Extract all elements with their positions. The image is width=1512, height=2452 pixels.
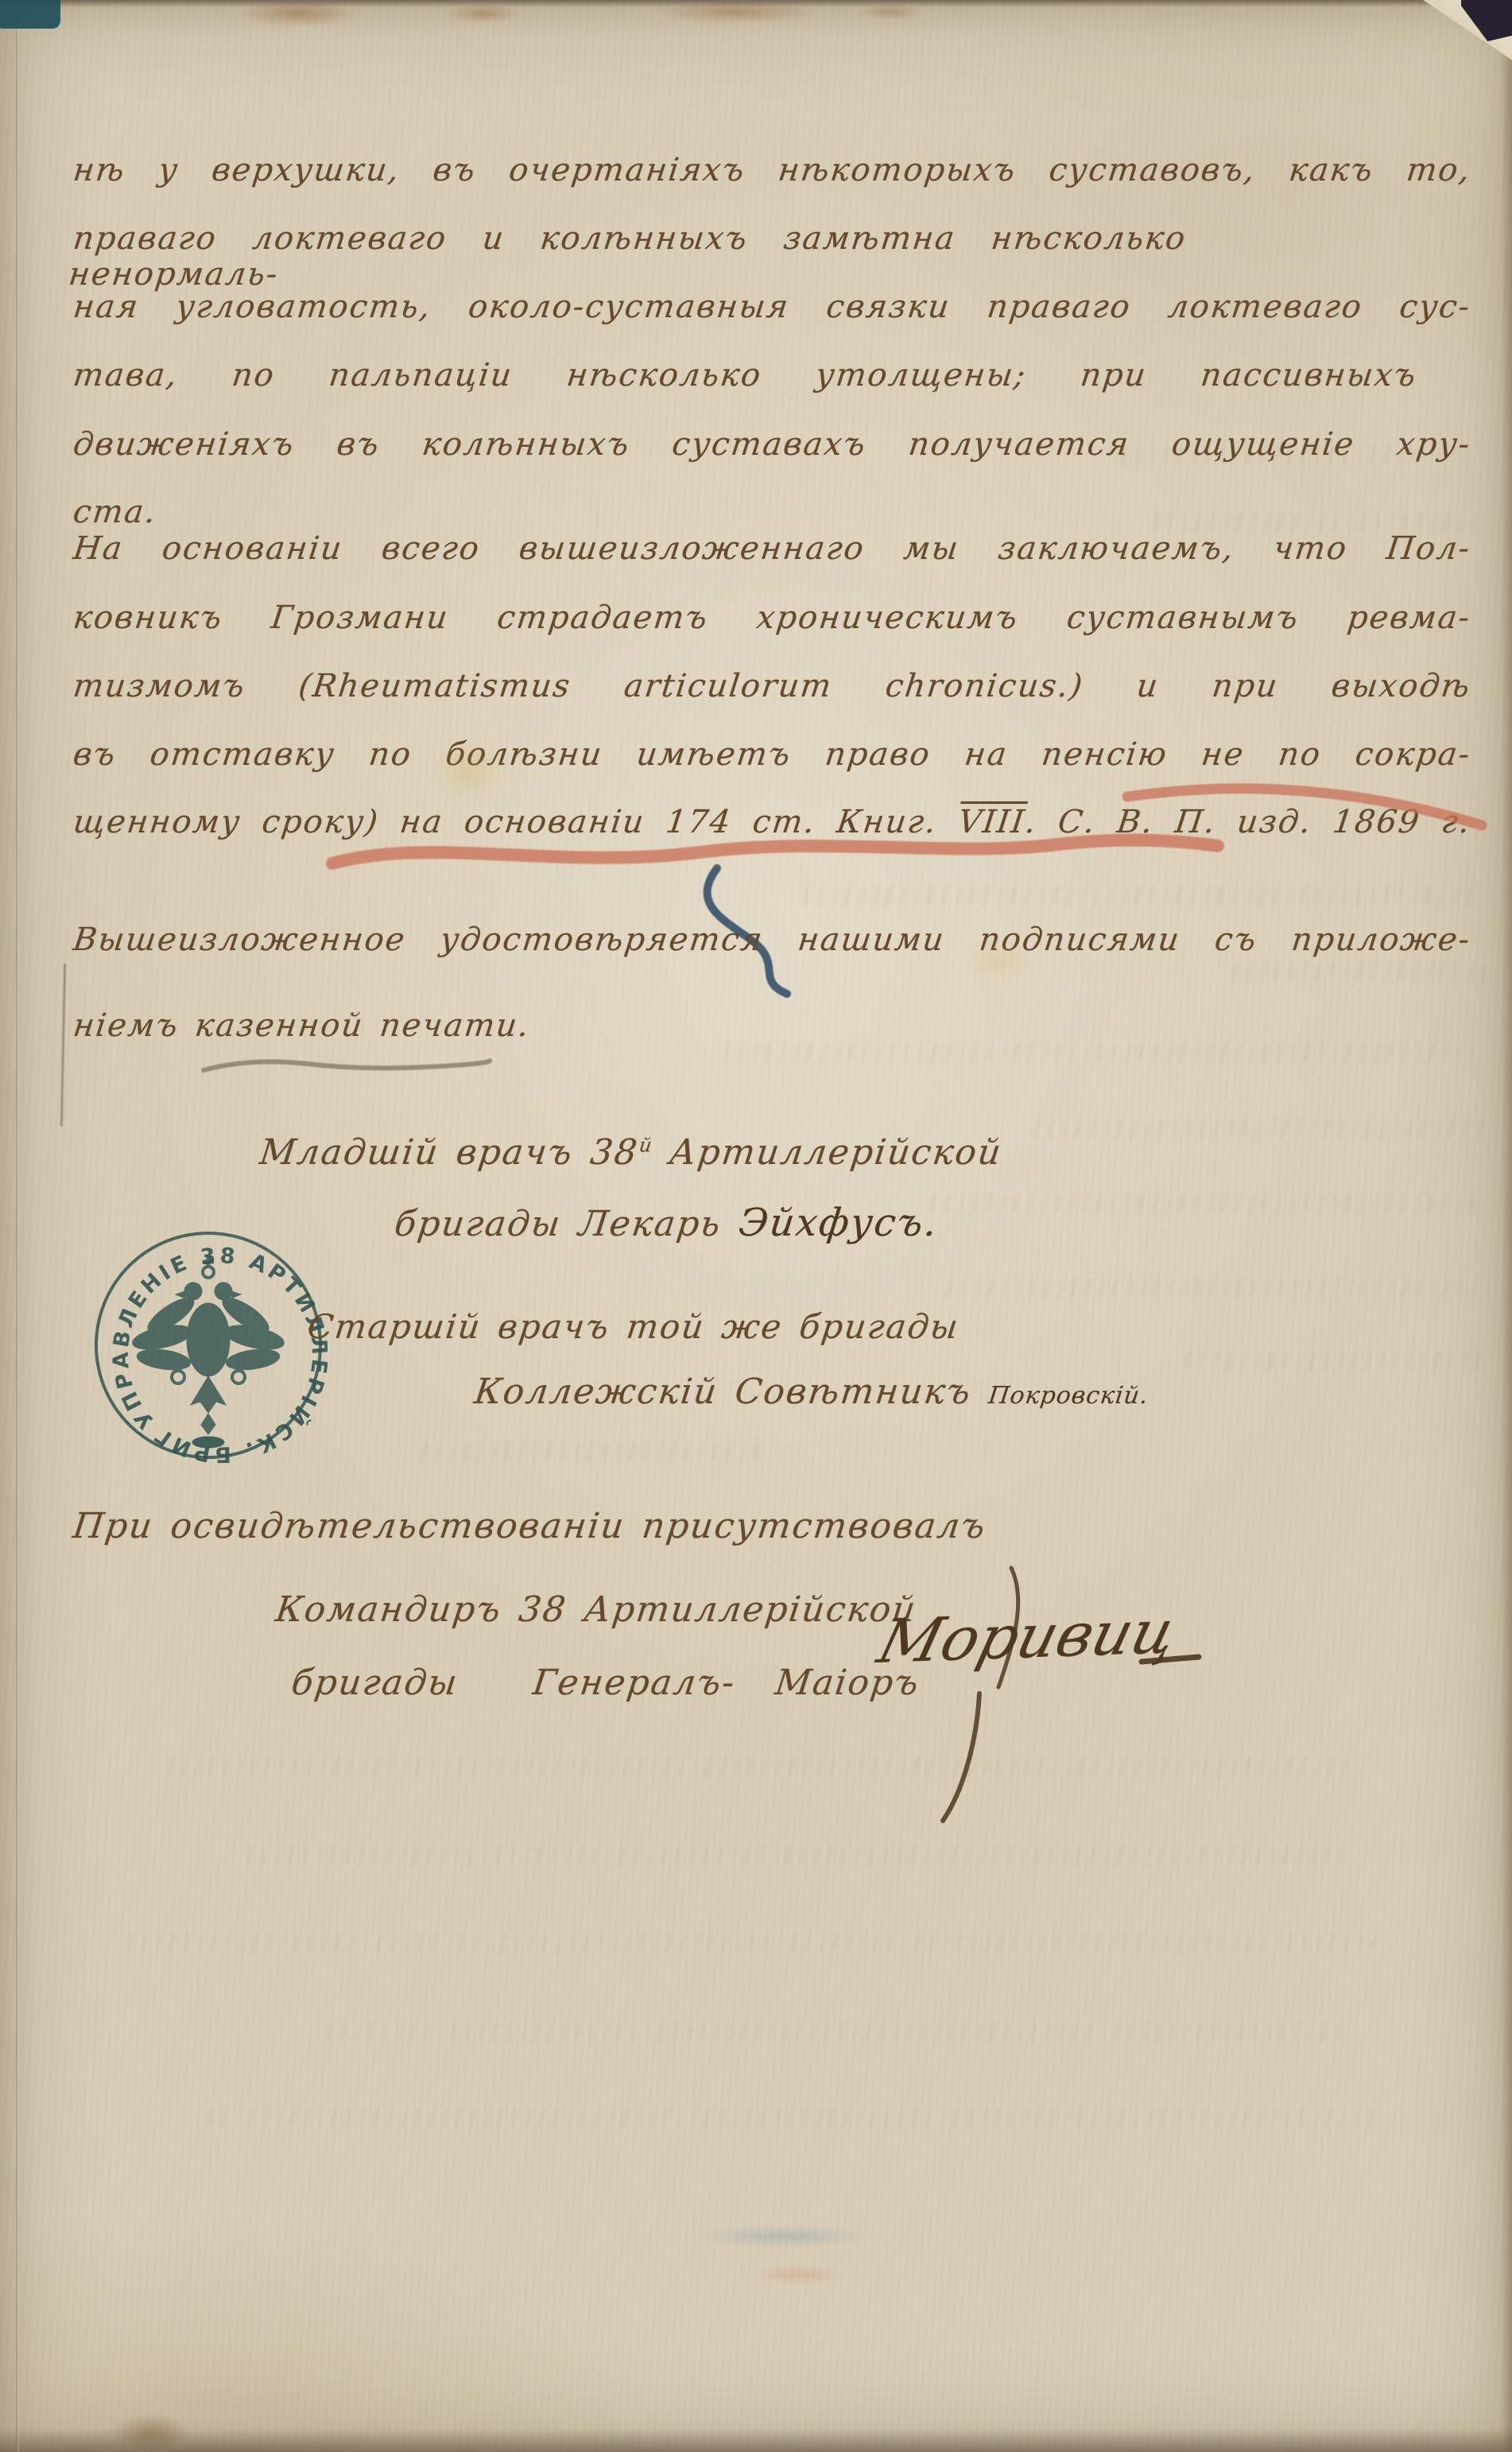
page-top-edge <box>0 0 1512 7</box>
bleed-through-line <box>1024 1119 1488 1139</box>
bleed-through-line <box>793 887 1480 906</box>
bleed-through-line <box>197 2109 1377 2128</box>
bleed-through-line <box>118 1934 1377 1953</box>
left-fold-crease <box>16 0 19 2452</box>
bleed-through-line <box>412 1442 765 1461</box>
bleed-through-line <box>921 1194 1480 1213</box>
bleed-through-line <box>714 1043 1480 1062</box>
page-right-edge <box>1501 0 1512 2452</box>
bleed-through-line <box>157 1757 1353 1776</box>
bleed-through-line <box>237 1846 1353 1865</box>
manuscript-page: нѣ у верхушки, въ очертаніяхъ нѣкоторыхъ… <box>0 0 1512 2452</box>
bleed-through-line <box>1111 445 1417 464</box>
bleed-through-line <box>1175 1352 1488 1371</box>
bleed-through-line <box>936 1278 1488 1298</box>
signature-flourish <box>0 0 1512 2452</box>
bleed-through-line <box>1223 962 1488 981</box>
page-bottom-edge <box>0 2428 1512 2452</box>
bleed-through-line <box>316 2023 1353 2042</box>
bleed-through-line <box>1143 514 1480 533</box>
top-left-dark-corner <box>0 0 60 29</box>
